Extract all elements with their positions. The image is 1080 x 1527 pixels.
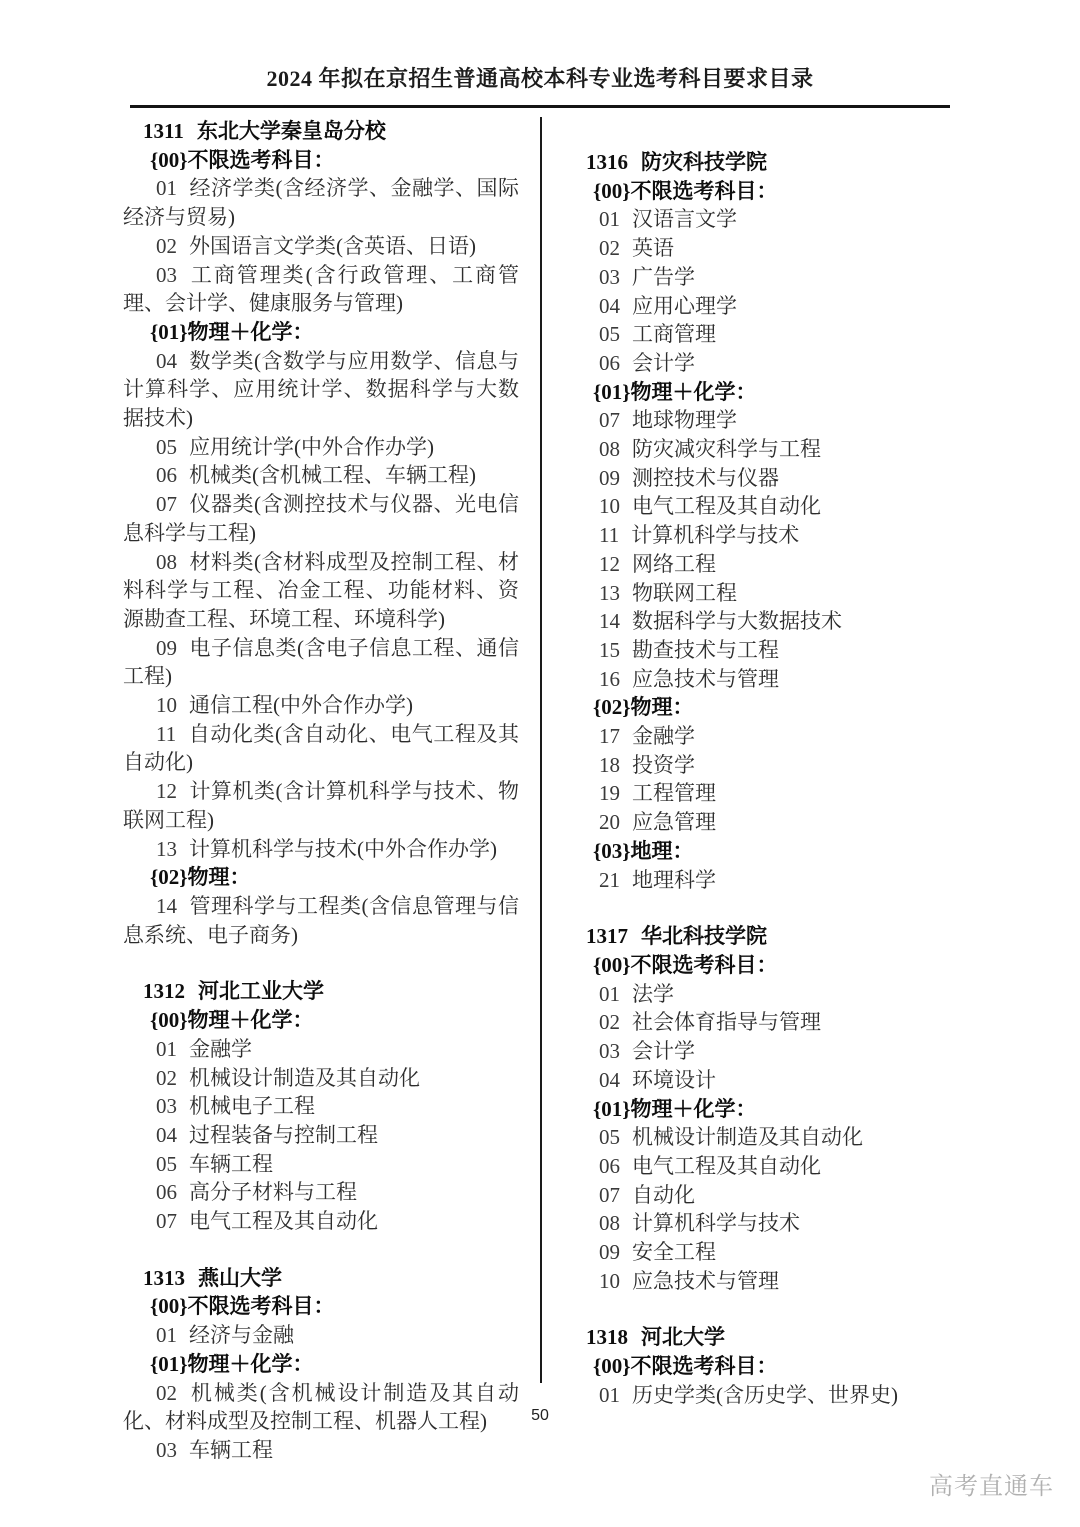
major-number: 15 (599, 638, 620, 662)
major-item: 07自动化 (566, 1181, 966, 1210)
column-right: 1316防灾科技学院{00}不限选考科目：01汉语言文学02英语03广告学04应… (542, 113, 1008, 1410)
major-name: 工商管理类(含行政管理、工商管理、会计学、健康服务与管理) (123, 263, 519, 316)
major-item: 19工程管理 (566, 779, 966, 808)
school-header: 1318河北大学 (566, 1323, 966, 1352)
major-item: 03会计学 (566, 1037, 966, 1066)
major-number: 09 (599, 466, 620, 490)
major-number: 07 (599, 408, 620, 432)
major-number: 06 (156, 1180, 177, 1204)
subject-group-header: {00}物理＋化学： (123, 1006, 519, 1035)
major-name: 网络工程 (632, 552, 716, 576)
major-item: 03工商管理类(含行政管理、工商管理、会计学、健康服务与管理) (123, 261, 519, 318)
major-item: 10通信工程(中外合作办学) (123, 691, 519, 720)
major-item: 07电气工程及其自动化 (123, 1207, 519, 1236)
major-item: 20应急管理 (566, 808, 966, 837)
subject-group-header: {01}物理＋化学： (566, 1095, 966, 1124)
major-name: 会计学 (632, 1039, 695, 1063)
school-code: 1313 (143, 1266, 185, 1290)
major-number: 02 (599, 1010, 620, 1034)
major-number: 19 (599, 781, 620, 805)
page-number: 50 (0, 1407, 1080, 1425)
major-name: 工程管理 (632, 781, 716, 805)
major-number: 02 (156, 234, 177, 258)
major-item: 04过程装备与控制工程 (123, 1121, 519, 1150)
major-number: 08 (599, 437, 620, 461)
major-item: 02机械设计制造及其自动化 (123, 1064, 519, 1093)
major-number: 04 (156, 1123, 177, 1147)
major-item: 21地理科学 (566, 866, 966, 895)
major-number: 11 (599, 523, 619, 547)
major-item: 07地球物理学 (566, 406, 966, 435)
major-number: 03 (156, 263, 177, 287)
major-name: 车辆工程 (189, 1438, 273, 1462)
major-item: 03车辆工程 (123, 1436, 519, 1465)
major-item: 05应用统计学(中外合作办学) (123, 433, 519, 462)
school-block-1311: 1311东北大学秦皇岛分校{00}不限选考科目：01经济学类(含经济学、金融学、… (123, 117, 519, 949)
major-name: 数据科学与大数据技术 (632, 609, 842, 633)
major-item: 18投资学 (566, 751, 966, 780)
major-item: 02外国语言文学类(含英语、日语) (123, 232, 519, 261)
major-name: 通信工程(中外合作办学) (189, 693, 413, 717)
school-name: 防灾科技学院 (641, 150, 767, 174)
major-number: 16 (599, 667, 620, 691)
major-name: 金融学 (632, 724, 695, 748)
major-item: 08防灾减灾科学与工程 (566, 435, 966, 464)
major-item: 09测控技术与仪器 (566, 464, 966, 493)
major-item: 01金融学 (123, 1035, 519, 1064)
major-item: 13计算机科学与技术(中外合作办学) (123, 835, 519, 864)
major-item: 08材料类(含材料成型及控制工程、材料科学与工程、冶金工程、功能材料、资源勘查工… (123, 548, 519, 634)
major-number: 09 (599, 1240, 620, 1264)
major-item: 01经济学类(含经济学、金融学、国际经济与贸易) (123, 174, 519, 231)
major-name: 英语 (632, 236, 674, 260)
major-number: 09 (156, 636, 177, 660)
major-name: 自动化 (632, 1183, 695, 1207)
major-name: 电气工程及其自动化 (632, 494, 821, 518)
document-header: 2024 年拟在京招生普通高校本科专业选考科目要求目录 (0, 0, 1080, 108)
catalog-content: 1311东北大学秦皇岛分校{00}不限选考科目：01经济学类(含经济学、金融学、… (0, 113, 1080, 1465)
school-header: 1313燕山大学 (123, 1264, 519, 1293)
subject-group-header: {00}不限选考科目： (566, 951, 966, 980)
major-number: 02 (599, 236, 620, 260)
major-number: 01 (156, 1037, 177, 1061)
major-item: 09电子信息类(含电子信息工程、通信工程) (123, 634, 519, 691)
major-item: 16应急技术与管理 (566, 665, 966, 694)
major-number: 01 (599, 1383, 620, 1407)
major-name: 金融学 (189, 1037, 252, 1061)
major-item: 08计算机科学与技术 (566, 1209, 966, 1238)
major-name: 过程装备与控制工程 (189, 1123, 378, 1147)
major-name: 高分子材料与工程 (189, 1180, 357, 1204)
subject-group-header: {01}物理＋化学： (566, 378, 966, 407)
major-item: 01历史学类(含历史学、世界史) (566, 1381, 966, 1410)
school-code: 1311 (143, 119, 184, 143)
major-item: 05工商管理 (566, 320, 966, 349)
major-name: 管理科学与工程类(含信息管理与信息系统、电子商务) (123, 894, 519, 947)
major-number: 13 (156, 837, 177, 861)
major-number: 04 (599, 294, 620, 318)
major-name: 社会体育指导与管理 (632, 1010, 821, 1034)
major-item: 04环境设计 (566, 1066, 966, 1095)
major-number: 06 (599, 351, 620, 375)
major-number: 10 (599, 494, 620, 518)
major-name: 地理科学 (632, 868, 716, 892)
subject-group-header: {03}地理： (566, 837, 966, 866)
major-number: 14 (599, 609, 620, 633)
major-item: 12网络工程 (566, 550, 966, 579)
major-item: 13物联网工程 (566, 579, 966, 608)
major-name: 投资学 (632, 753, 695, 777)
school-block-1313: 1313燕山大学{00}不限选考科目：01经济与金融{01}物理＋化学：02机械… (123, 1264, 519, 1465)
major-name: 仪器类(含测控技术与仪器、光电信息科学与工程) (123, 492, 519, 545)
major-name: 机械设计制造及其自动化 (189, 1066, 420, 1090)
major-number: 03 (599, 265, 620, 289)
major-item: 15勘查技术与工程 (566, 636, 966, 665)
major-number: 10 (599, 1269, 620, 1293)
major-number: 12 (599, 552, 620, 576)
major-name: 应急技术与管理 (632, 667, 779, 691)
major-number: 18 (599, 753, 620, 777)
watermark: 高考直通车 (929, 1466, 1054, 1501)
major-item: 14管理科学与工程类(含信息管理与信息系统、电子商务) (123, 892, 519, 949)
major-name: 物联网工程 (632, 581, 737, 605)
major-name: 经济学类(含经济学、金融学、国际经济与贸易) (123, 176, 519, 229)
major-number: 20 (599, 810, 620, 834)
major-item: 02英语 (566, 234, 966, 263)
major-name: 工商管理 (632, 322, 716, 346)
major-name: 环境设计 (632, 1068, 716, 1092)
major-item: 17金融学 (566, 722, 966, 751)
page-title: 2024 年拟在京招生普通高校本科专业选考科目要求目录 (0, 0, 1080, 94)
subject-group-header: {02}物理： (566, 693, 966, 722)
major-item: 14数据科学与大数据技术 (566, 607, 966, 636)
subject-group-header: {01}物理＋化学： (123, 318, 519, 347)
major-name: 会计学 (632, 351, 695, 375)
major-number: 04 (156, 349, 177, 373)
major-name: 车辆工程 (189, 1152, 273, 1176)
school-name: 河北工业大学 (198, 979, 324, 1003)
major-item: 03机械电子工程 (123, 1092, 519, 1121)
major-number: 01 (599, 982, 620, 1006)
school-code: 1316 (586, 150, 628, 174)
major-number: 02 (156, 1066, 177, 1090)
major-name: 外国语言文学类(含英语、日语) (189, 234, 476, 258)
major-name: 数学类(含数学与应用数学、信息与计算科学、应用统计学、数据科学与大数据技术) (123, 349, 519, 430)
school-name: 燕山大学 (198, 1266, 282, 1290)
major-number: 12 (156, 779, 177, 803)
major-number: 10 (156, 693, 177, 717)
major-number: 06 (599, 1154, 620, 1178)
major-number: 04 (599, 1068, 620, 1092)
major-name: 应用心理学 (632, 294, 737, 318)
major-item: 02社会体育指导与管理 (566, 1008, 966, 1037)
major-name: 汉语言文学 (632, 207, 737, 231)
major-number: 03 (156, 1438, 177, 1462)
major-item: 04数学类(含数学与应用数学、信息与计算科学、应用统计学、数据科学与大数据技术) (123, 347, 519, 433)
major-name: 应急管理 (632, 810, 716, 834)
subject-group-header: {00}不限选考科目： (123, 146, 519, 175)
major-name: 勘查技术与工程 (632, 638, 779, 662)
major-number: 05 (599, 1125, 620, 1149)
major-name: 历史学类(含历史学、世界史) (632, 1383, 898, 1407)
major-number: 01 (599, 207, 620, 231)
school-header: 1311东北大学秦皇岛分校 (123, 117, 519, 146)
major-number: 02 (156, 1381, 177, 1405)
school-code: 1312 (143, 979, 185, 1003)
document-page: 2024 年拟在京招生普通高校本科专业选考科目要求目录 1311东北大学秦皇岛分… (0, 0, 1080, 1527)
major-number: 07 (599, 1183, 620, 1207)
school-name: 华北科技学院 (641, 924, 767, 948)
major-number: 17 (599, 724, 620, 748)
major-item: 09安全工程 (566, 1238, 966, 1267)
major-number: 07 (156, 1209, 177, 1233)
major-number: 01 (156, 176, 177, 200)
major-item: 11计算机科学与技术 (566, 521, 966, 550)
school-header: 1312河北工业大学 (123, 977, 519, 1006)
major-name: 法学 (632, 982, 674, 1006)
major-number: 05 (156, 435, 177, 459)
major-name: 机械设计制造及其自动化 (632, 1125, 863, 1149)
school-header: 1316防灾科技学院 (566, 148, 966, 177)
major-item: 11自动化类(含自动化、电气工程及其自动化) (123, 720, 519, 777)
school-header: 1317华北科技学院 (566, 922, 966, 951)
major-number: 01 (156, 1323, 177, 1347)
major-number: 03 (156, 1094, 177, 1118)
major-number: 08 (599, 1211, 620, 1235)
major-item: 06高分子材料与工程 (123, 1178, 519, 1207)
major-number: 21 (599, 868, 620, 892)
major-name: 计算机科学与技术 (632, 1211, 800, 1235)
major-name: 应用统计学(中外合作办学) (189, 435, 434, 459)
major-item: 01汉语言文学 (566, 205, 966, 234)
major-name: 测控技术与仪器 (632, 466, 779, 490)
major-name: 机械类(含机械工程、车辆工程) (189, 463, 476, 487)
major-item: 06会计学 (566, 349, 966, 378)
major-item: 12计算机类(含计算机科学与技术、物联网工程) (123, 777, 519, 834)
major-item: 06机械类(含机械工程、车辆工程) (123, 461, 519, 490)
major-item: 04应用心理学 (566, 292, 966, 321)
major-number: 13 (599, 581, 620, 605)
major-name: 电子信息类(含电子信息工程、通信工程) (123, 636, 519, 689)
major-name: 计算机科学与技术(中外合作办学) (189, 837, 497, 861)
school-name: 河北大学 (641, 1325, 725, 1349)
major-name: 防灾减灾科学与工程 (632, 437, 821, 461)
major-name: 电气工程及其自动化 (189, 1209, 378, 1233)
subject-group-header: {00}不限选考科目： (123, 1292, 519, 1321)
major-number: 06 (156, 463, 177, 487)
major-name: 经济与金融 (189, 1323, 294, 1347)
major-item: 05机械设计制造及其自动化 (566, 1123, 966, 1152)
major-number: 11 (156, 722, 176, 746)
subject-group-header: {02}物理： (123, 863, 519, 892)
major-item: 07仪器类(含测控技术与仪器、光电信息科学与工程) (123, 490, 519, 547)
major-name: 广告学 (632, 265, 695, 289)
column-left: 1311东北大学秦皇岛分校{00}不限选考科目：01经济学类(含经济学、金融学、… (72, 113, 540, 1465)
school-block-1318: 1318河北大学{00}不限选考科目：01历史学类(含历史学、世界史) (566, 1323, 966, 1409)
subject-group-header: {00}不限选考科目： (566, 177, 966, 206)
major-number: 07 (156, 492, 177, 516)
major-number: 08 (156, 550, 177, 574)
major-name: 计算机类(含计算机科学与技术、物联网工程) (123, 779, 519, 832)
school-block-1317: 1317华北科技学院{00}不限选考科目：01法学02社会体育指导与管理03会计… (566, 922, 966, 1295)
header-rule (130, 105, 950, 108)
school-block-1312: 1312河北工业大学{00}物理＋化学：01金融学02机械设计制造及其自动化03… (123, 977, 519, 1235)
major-item: 01法学 (566, 980, 966, 1009)
school-code: 1318 (586, 1325, 628, 1349)
subject-group-header: {00}不限选考科目： (566, 1352, 966, 1381)
major-name: 机械电子工程 (189, 1094, 315, 1118)
major-item: 10应急技术与管理 (566, 1267, 966, 1296)
school-block-1316: 1316防灾科技学院{00}不限选考科目：01汉语言文学02英语03广告学04应… (566, 148, 966, 894)
major-item: 06电气工程及其自动化 (566, 1152, 966, 1181)
school-code: 1317 (586, 924, 628, 948)
major-item: 10电气工程及其自动化 (566, 492, 966, 521)
major-name: 应急技术与管理 (632, 1269, 779, 1293)
major-name: 计算机科学与技术 (631, 523, 799, 547)
major-item: 03广告学 (566, 263, 966, 292)
major-item: 01经济与金融 (123, 1321, 519, 1350)
major-name: 地球物理学 (632, 408, 737, 432)
major-name: 安全工程 (632, 1240, 716, 1264)
major-number: 14 (156, 894, 177, 918)
school-name: 东北大学秦皇岛分校 (197, 119, 386, 143)
major-name: 电气工程及其自动化 (632, 1154, 821, 1178)
major-name: 自动化类(含自动化、电气工程及其自动化) (123, 722, 519, 775)
major-number: 05 (599, 322, 620, 346)
major-item: 05车辆工程 (123, 1150, 519, 1179)
major-number: 05 (156, 1152, 177, 1176)
subject-group-header: {01}物理＋化学： (123, 1350, 519, 1379)
major-name: 材料类(含材料成型及控制工程、材料科学与工程、冶金工程、功能材料、资源勘查工程、… (123, 550, 519, 631)
major-number: 03 (599, 1039, 620, 1063)
